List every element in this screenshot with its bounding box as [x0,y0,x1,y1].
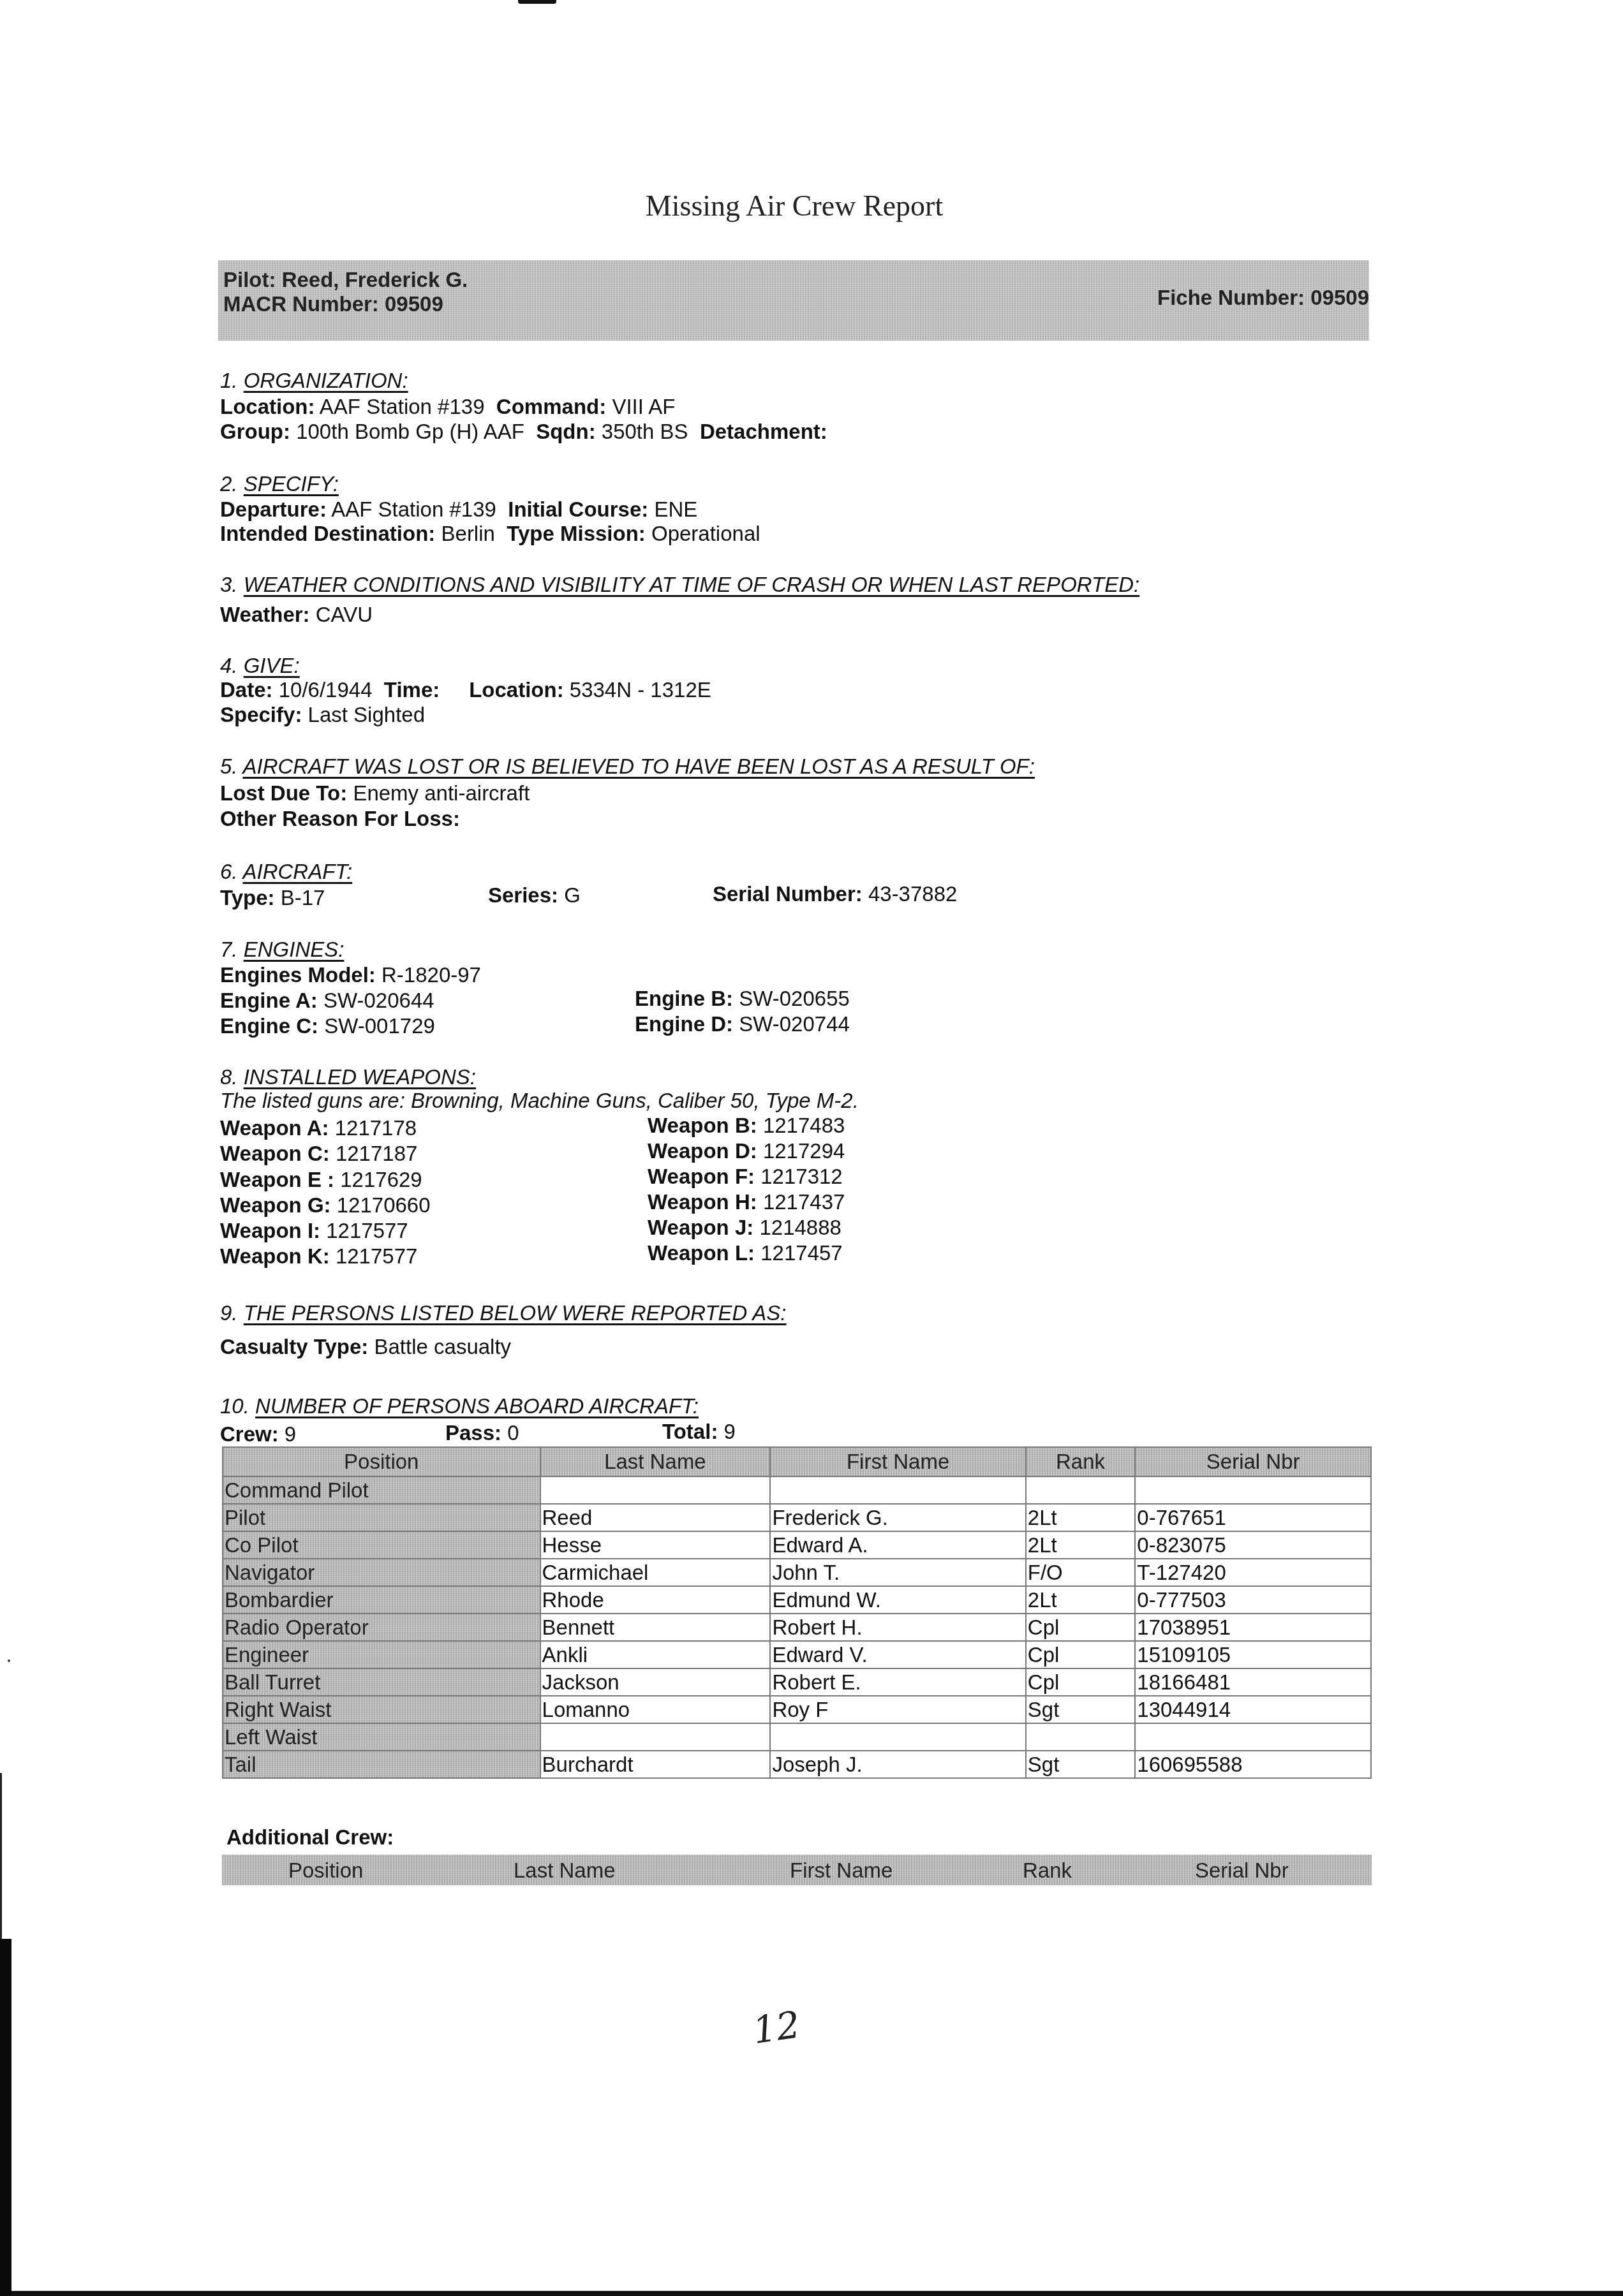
table-row: PilotReedFrederick G.2Lt0-767651 [223,1504,1371,1531]
weapon-j: Weapon J: 1214888 [648,1216,841,1240]
fiche-label: Fiche Number: [1157,286,1305,309]
cell-rank: Cpl [1026,1614,1136,1641]
cell-position: Left Waist [223,1723,540,1751]
cell-first-name: Roy F [770,1696,1025,1723]
cell-last-name [540,1723,771,1751]
col-last-name: Last Name [540,1447,771,1476]
engine-c: Engine C: SW-001729 [220,1014,435,1038]
table-row: Co PilotHesseEdward A.2Lt0-823075 [223,1531,1371,1559]
weapon-l: Weapon L: 1217457 [648,1241,843,1265]
cell-last-name: Lomanno [540,1696,771,1723]
header-right: Fiche Number: 09509 [1157,286,1369,310]
cell-first-name: Edward V. [770,1641,1025,1668]
cell-serial-nbr: 17038951 [1135,1614,1371,1641]
casualty-type: Casualty Type: Battle casualty [220,1335,511,1359]
cell-first-name: Robert E. [770,1668,1025,1696]
org-line-1: Location: AAF Station #139 Command: VIII… [220,395,675,419]
cell-rank: Sgt [1026,1751,1136,1778]
cell-last-name: Carmichael [540,1559,771,1586]
give-line-2: Specify: Last Sighted [220,703,425,727]
weapons-note: The listed guns are: Browning, Machine G… [220,1089,859,1113]
cell-last-name: Jackson [540,1668,771,1696]
cell-position: Right Waist [223,1696,540,1723]
weapon-c: Weapon C: 1217187 [220,1142,417,1166]
org-location: AAF Station #139 [320,395,485,418]
add-col-last-name: Last Name [514,1856,616,1885]
table-row: Radio OperatorBennettRobert H.Cpl1703895… [223,1614,1371,1641]
specify-value: Last Sighted [308,703,425,726]
cell-serial-nbr: 15109105 [1135,1641,1371,1668]
cell-last-name: Reed [540,1504,771,1531]
cell-rank: Cpl [1026,1668,1136,1696]
cell-last-name: Burchardt [540,1751,771,1778]
engines-model: Engines Model: R-1820-97 [220,963,481,987]
departure: AAF Station #139 [331,497,496,521]
cell-last-name: Bennett [540,1614,771,1641]
aircraft-type: Type: B-17 [220,886,325,910]
cell-serial-nbr: 0-767651 [1135,1504,1371,1531]
table-row: Right WaistLomannoRoy FSgt13044914 [223,1696,1371,1723]
engine-d: Engine D: SW-020744 [635,1012,850,1036]
aircraft-serial: Serial Number: 43-37882 [713,882,957,906]
section-loss-heading: 5. AIRCRAFT WAS LOST OR IS BELIEVED TO H… [220,754,1035,779]
cell-serial-nbr: 0-777503 [1135,1586,1371,1614]
cell-position: Tail [223,1751,540,1778]
add-col-first-name: First Name [790,1856,893,1885]
cell-rank [1026,1476,1136,1504]
handwritten-page-number: 12 [750,2003,803,2052]
section-aircraft-heading: 6. AIRCRAFT: [220,860,352,884]
weather-value: CAVU [316,603,373,626]
col-serial: Serial Nbr [1135,1447,1371,1476]
scan-artifact-top [518,0,556,4]
destination: Berlin [441,522,495,545]
table-row: NavigatorCarmichaelJohn T.F/OT-127420 [223,1559,1371,1586]
header-left: Pilot: Reed, Frederick G. MACR Number: 0… [223,268,468,316]
cell-position: Ball Turret [223,1668,540,1696]
cell-last-name: Rhode [540,1586,771,1614]
cell-rank: Cpl [1026,1641,1136,1668]
cell-first-name: Joseph J. [770,1751,1025,1778]
weapon-e: Weapon E : 1217629 [220,1168,422,1192]
scan-artifact-left-edge [0,1939,11,2296]
lost-due-to: Enemy anti-aircraft [353,781,530,805]
table-row: Command Pilot [223,1476,1371,1504]
specify-line-2: Intended Destination: Berlin Type Missio… [220,522,760,546]
cell-serial-nbr: T-127420 [1135,1559,1371,1586]
loss-line-2: Other Reason For Loss: [220,807,460,831]
org-sqdn: 350th BS [602,420,688,443]
col-position: Position [223,1447,540,1476]
additional-crew-label: Additional Crew: [226,1825,394,1850]
specify-line-1: Departure: AAF Station #139 Initial Cour… [220,497,697,522]
cell-rank: Sgt [1026,1696,1136,1723]
scan-artifact-left-thin [0,1773,2,1945]
table-row: BombardierRhodeEdmund W.2Lt0-777503 [223,1586,1371,1614]
engine-b: Engine B: SW-020655 [635,987,850,1011]
total-count: Total: 9 [662,1420,736,1444]
cell-serial-nbr: 18166481 [1135,1668,1371,1696]
loss-line-1: Lost Due To: Enemy anti-aircraft [220,781,530,806]
org-command: VIII AF [612,395,675,418]
cell-rank: F/O [1026,1559,1136,1586]
pass-count: Pass: 0 [445,1421,519,1445]
macr-label: MACR Number: [223,292,379,316]
crew-count: Crew: 9 [220,1422,296,1446]
cell-first-name [770,1723,1025,1751]
cell-rank: 2Lt [1026,1531,1136,1559]
macr-value: 09509 [385,292,443,316]
cell-serial-nbr: 0-823075 [1135,1531,1371,1559]
scan-artifact-bottom-edge [11,2291,1623,2296]
cell-last-name [540,1476,771,1504]
org-group: 100th Bomb Gp (H) AAF [296,420,524,443]
cell-first-name: Robert H. [770,1614,1025,1641]
weapon-f: Weapon F: 1217312 [648,1165,843,1189]
cell-serial-nbr [1135,1723,1371,1751]
cell-position: Co Pilot [223,1531,540,1559]
weapon-k: Weapon K: 1217577 [220,1244,417,1269]
cell-serial-nbr [1135,1476,1371,1504]
cell-position: Navigator [223,1559,540,1586]
cell-position: Bombardier [223,1586,540,1614]
weapon-h: Weapon H: 1217437 [648,1190,845,1214]
cell-first-name: Edmund W. [770,1586,1025,1614]
give-line-1: Date: 10/6/1944 Time: Location: 5334N - … [220,678,711,702]
weather-line: Weather: CAVU [220,603,373,627]
weapon-b: Weapon B: 1217483 [648,1114,845,1138]
cell-rank: 2Lt [1026,1504,1136,1531]
cell-rank: 2Lt [1026,1586,1136,1614]
cell-position: Command Pilot [223,1476,540,1504]
cell-position: Engineer [223,1641,540,1668]
table-row: TailBurchardtJoseph J.Sgt160695588 [223,1751,1371,1778]
scan-speck [8,1659,10,1662]
section-aboard-heading: 10. NUMBER OF PERSONS ABOARD AIRCRAFT: [220,1394,699,1418]
crew-table: Position Last Name First Name Rank Seria… [222,1446,1372,1779]
weapon-a: Weapon A: 1217178 [220,1116,417,1140]
mission-type: Operational [651,522,760,545]
add-col-position: Position [288,1856,363,1885]
col-rank: Rank [1026,1447,1136,1476]
col-first-name: First Name [770,1447,1025,1476]
weapon-d: Weapon D: 1217294 [648,1139,845,1163]
section-weapons-heading: 8. INSTALLED WEAPONS: [220,1065,476,1089]
table-row: EngineerAnkliEdward V.Cpl15109105 [223,1641,1371,1668]
add-col-serial: Serial Nbr [1195,1856,1289,1885]
crash-location: 5334N - 1312E [570,678,711,702]
table-row: Left Waist [223,1723,1371,1751]
table-row: Ball TurretJacksonRobert E.Cpl18166481 [223,1668,1371,1696]
section-engines-heading: 7. ENGINES: [220,938,344,962]
weapon-g: Weapon G: 12170660 [220,1193,431,1218]
cell-first-name: Frederick G. [770,1504,1025,1531]
cell-serial-nbr: 160695588 [1135,1751,1371,1778]
pilot-label: Pilot: [223,268,276,291]
cell-rank [1026,1723,1136,1751]
cell-serial-nbr: 13044914 [1135,1696,1371,1723]
cell-position: Radio Operator [223,1614,540,1641]
section-organization-heading: 1. ORGANIZATION: [220,369,408,393]
crew-table-header: Position Last Name First Name Rank Seria… [223,1447,1371,1476]
cell-first-name: Edward A. [770,1531,1025,1559]
section-persons-heading: 9. THE PERSONS LISTED BELOW WERE REPORTE… [220,1301,787,1325]
engine-a: Engine A: SW-020644 [220,989,434,1013]
date-value: 10/6/1944 [279,678,373,702]
pilot-value: Reed, Frederick G. [282,268,468,291]
cell-last-name: Hesse [540,1531,771,1559]
cell-position: Pilot [223,1504,540,1531]
cell-first-name: John T. [770,1559,1025,1586]
initial-course: ENE [654,497,697,521]
fiche-value: 09509 [1310,286,1369,309]
cell-last-name: Ankli [540,1641,771,1668]
section-specify-heading: 2. SPECIFY: [220,472,339,496]
org-line-2: Group: 100th Bomb Gp (H) AAF Sqdn: 350th… [220,420,827,444]
section-give-heading: 4. GIVE: [220,654,300,678]
aircraft-series: Series: G [488,883,581,908]
cell-first-name [770,1476,1025,1504]
section-weather-heading: 3. WEATHER CONDITIONS AND VISIBILITY AT … [220,573,1139,597]
weapon-i: Weapon I: 1217577 [220,1219,408,1243]
add-col-rank: Rank [1023,1856,1072,1885]
page-title: Missing Air Crew Report [0,189,1589,223]
